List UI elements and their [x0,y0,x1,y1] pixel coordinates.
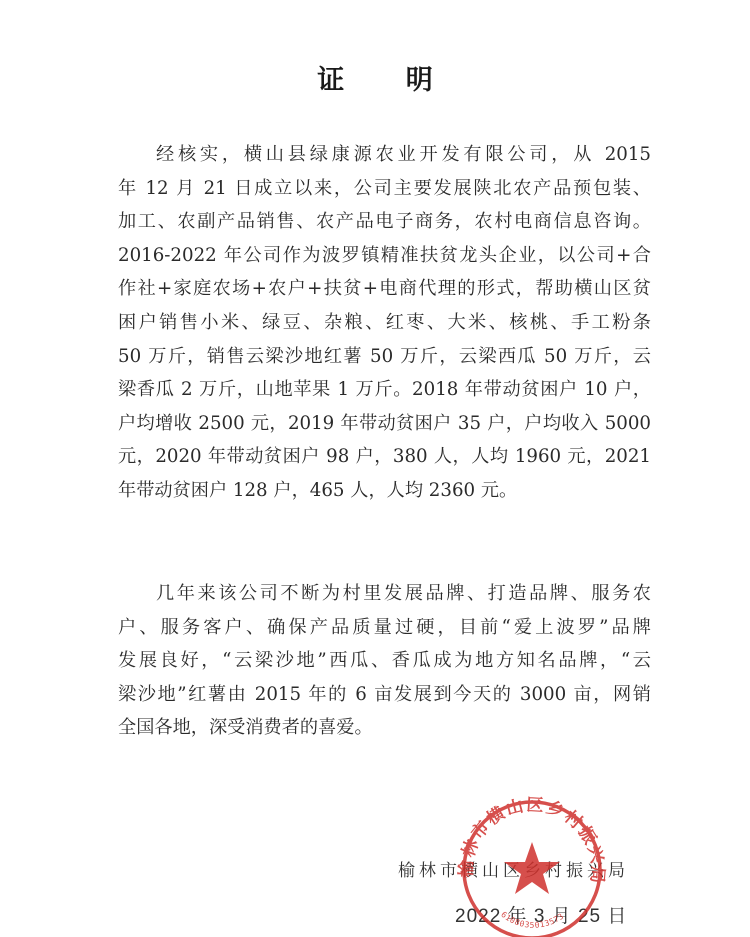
text-line: 发展良好，“云梁沙地”西瓜、香瓜成为地方知名品牌，“云 [118,644,651,678]
document-title: 证 明 [0,58,750,97]
document-page: 证 明 经核实，横山县绿康源农业开发有限公司，从 2015 年 12 月 21 … [0,0,750,937]
official-seal: 榆林市横山区乡村振兴局 6108035013573 [452,794,612,937]
text-line: 2016-2022 年公司作为波罗镇精准扶贫龙头企业，以公司+合 [118,239,651,273]
text-line: 困户销售小米、绿豆、杂粮、红枣、大米、核桃、手工粉条 [118,306,651,340]
text-line: 年带动贫困户 128 户，465 人，人均 2360 元。 [118,474,651,508]
text-line: 梁沙地”红薯由 2015 年的 6 亩发展到今天的 3000 亩，网销 [118,678,651,712]
text-line: 50 万斤，销售云梁沙地红薯 50 万斤，云梁西瓜 50 万斤，云 [118,340,651,374]
paragraph-2: 几年来该公司不断为村里发展品牌、打造品牌、服务农 户、服务客户、确保产品质量过硬… [118,577,651,745]
text-line: 作社+家庭农场+农户+扶贫+电商代理的形式，帮助横山区贫 [118,272,651,306]
text-line: 梁香瓜 2 万斤，山地苹果 1 万斤。2018 年带动贫困户 10 户， [118,373,651,407]
seal-code: 6108035013573 [499,910,565,930]
text-line: 户均增收 2500 元，2019 年带动贫困户 35 户，户均收入 5000 [118,407,651,441]
text-line: 年 12 月 21 日成立以来，公司主要发展陕北农产品预包装、 [118,172,651,206]
text-line: 几年来该公司不断为村里发展品牌、打造品牌、服务农 [118,577,651,611]
text-line: 元，2020 年带动贫困户 98 户，380 人，人均 1960 元，2021 [118,440,651,474]
text-line: 户、服务客户、确保产品质量过硬，目前“爱上波罗”品牌 [118,611,651,645]
svg-text:6108035013573: 6108035013573 [499,910,565,930]
star-icon [504,842,560,894]
text-line: 加工、农副产品销售、农产品电子商务，农村电商信息咨询。 [118,205,651,239]
text-line: 经核实，横山县绿康源农业开发有限公司，从 2015 [118,138,651,172]
paragraph-1: 经核实，横山县绿康源农业开发有限公司，从 2015 年 12 月 21 日成立以… [118,138,651,508]
text-line: 全国各地，深受消费者的喜爱。 [118,711,651,745]
